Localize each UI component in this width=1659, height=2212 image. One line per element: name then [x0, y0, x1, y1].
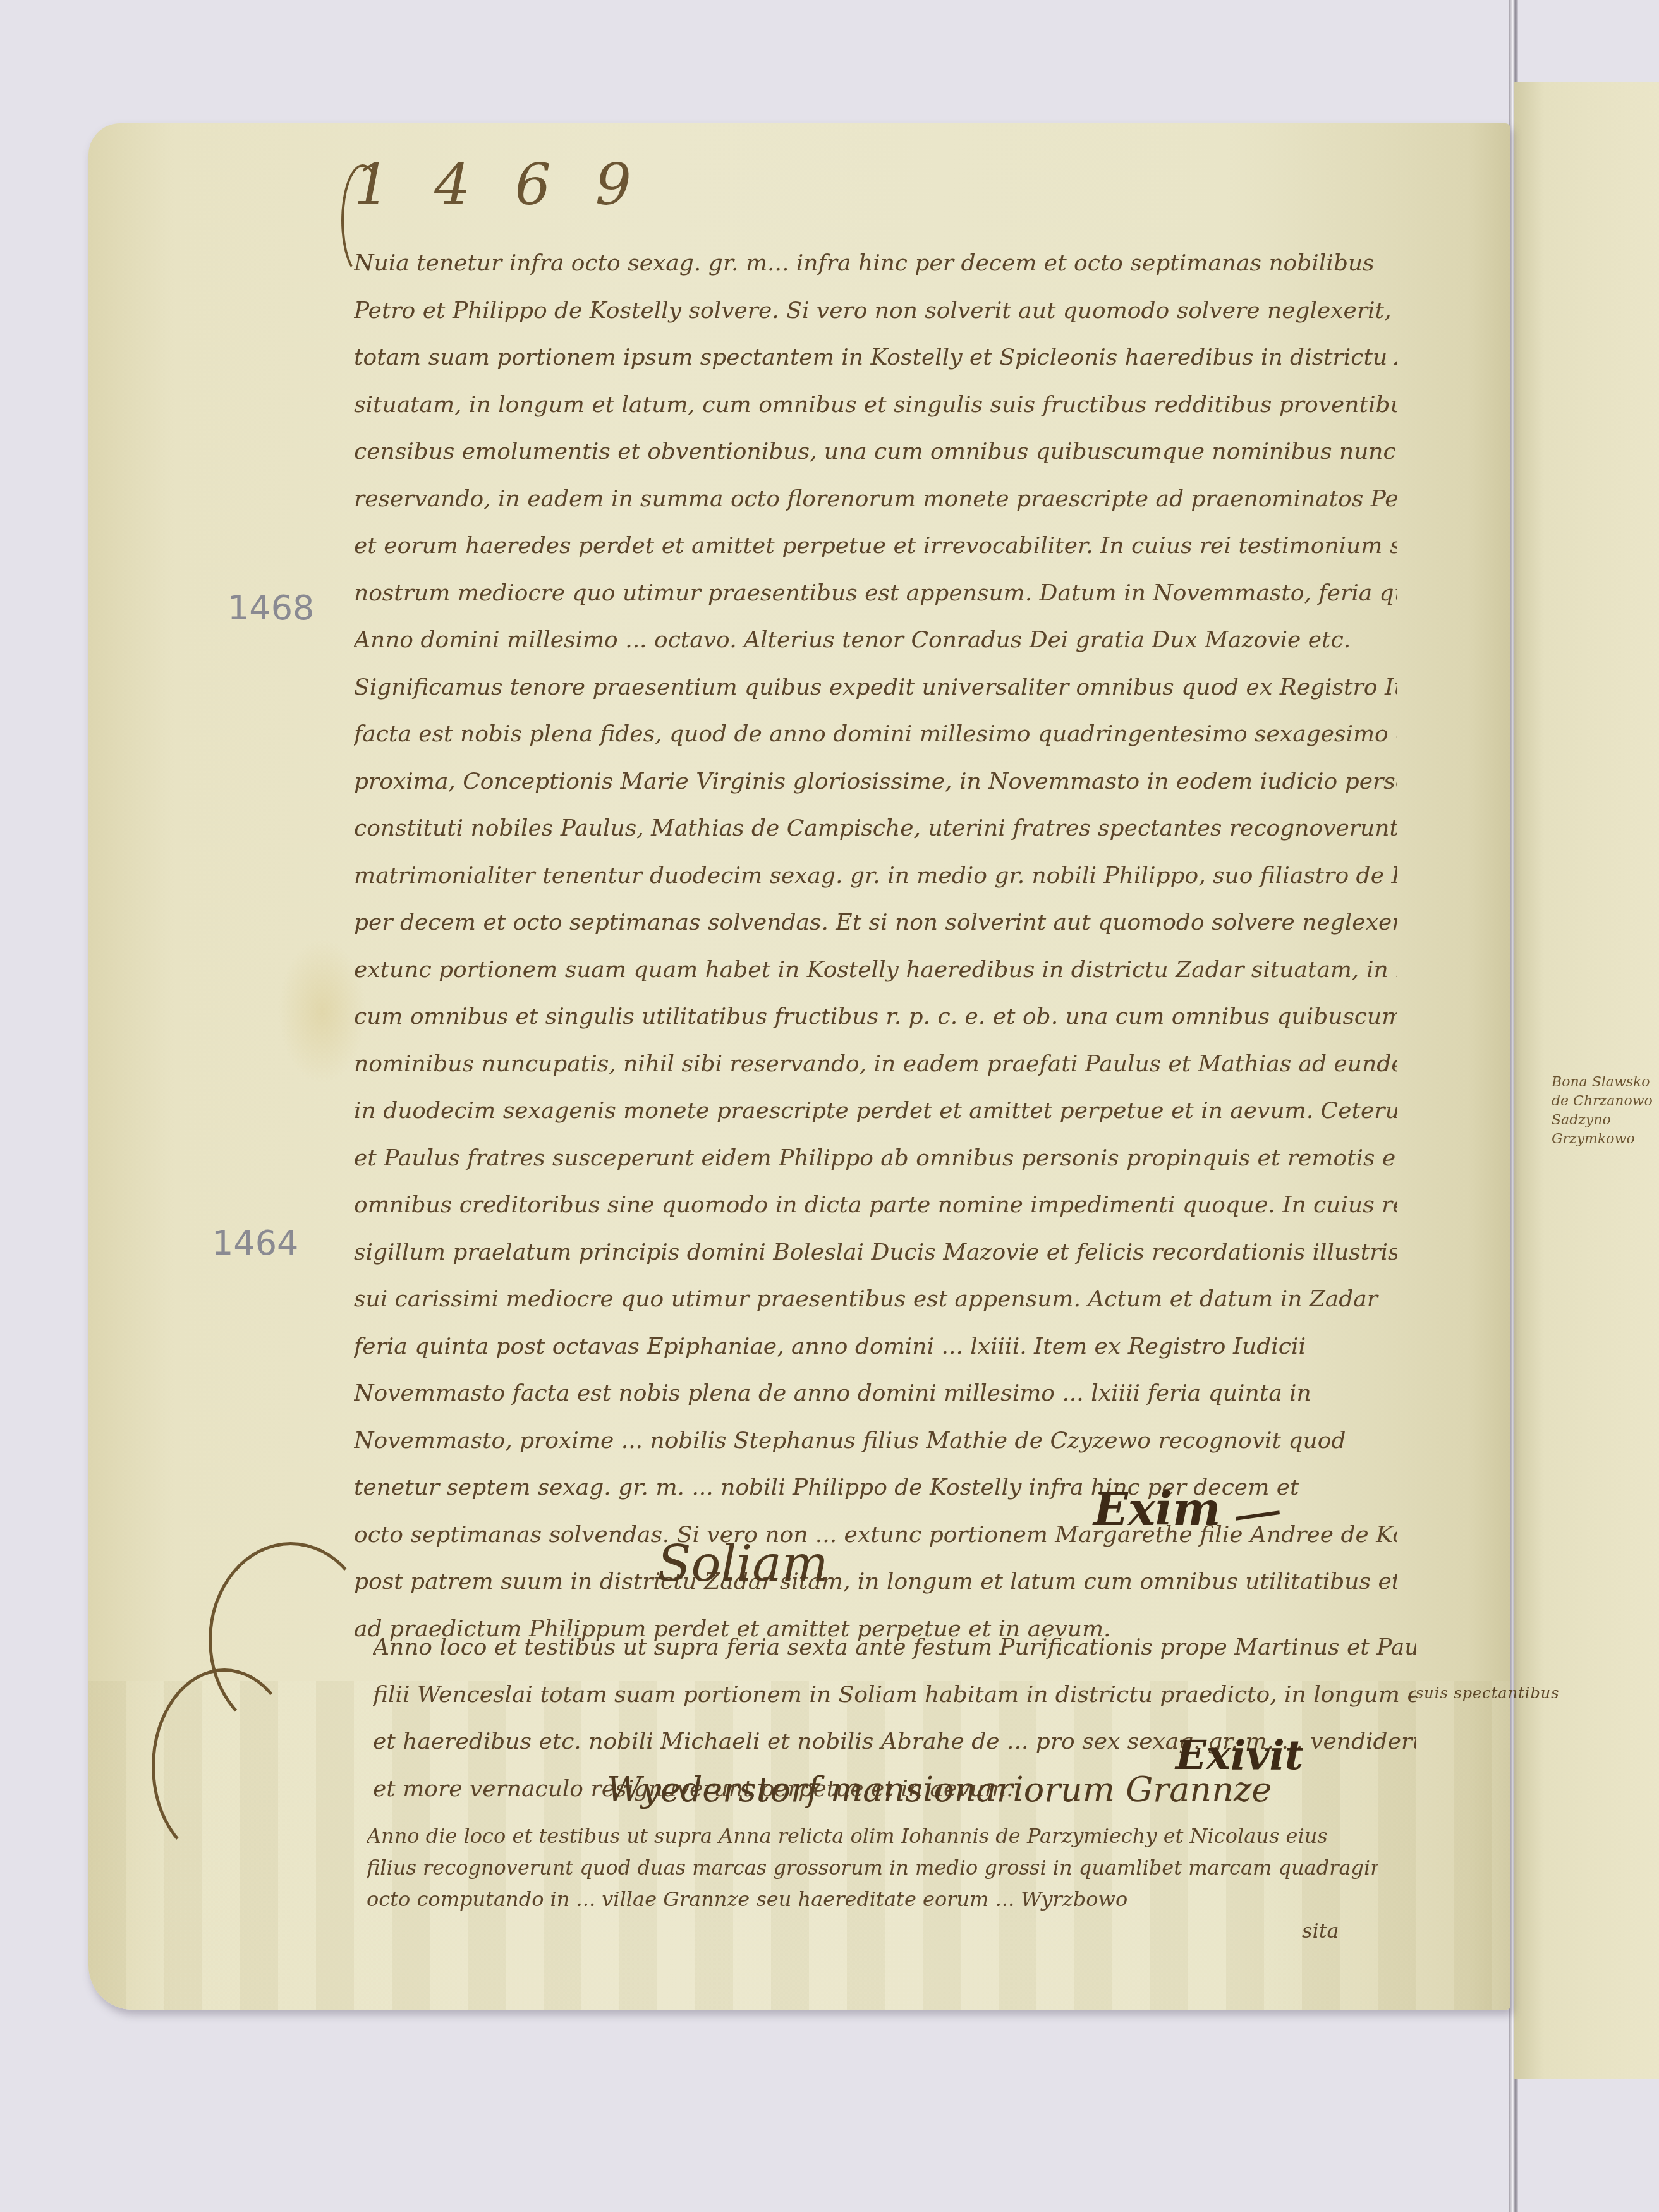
- exim-mark: Exim: [1093, 1482, 1220, 1536]
- text-line: filii Wenceslai totam suam portionem in …: [373, 1672, 1416, 1719]
- text-line: situatam, in longum et latum, cum omnibu…: [354, 382, 1397, 429]
- text-line: omnibus creditoribus sine quomodo in dic…: [354, 1182, 1397, 1229]
- pencil-year-note: 1468: [228, 588, 314, 628]
- text-line: et Paulus fratres susceperunt eidem Phil…: [354, 1135, 1397, 1182]
- text-line: Novemmasto, proxime ... nobilis Stephanu…: [354, 1418, 1397, 1465]
- text-line: in duodecim sexagenis monete praescripte…: [354, 1088, 1397, 1135]
- text-line: reservando, in eadem in summa octo flore…: [354, 476, 1397, 523]
- text-line: nominibus nuncupatis, nihil sibi reserva…: [354, 1041, 1397, 1088]
- facing-page-fragment: Sadzyno: [1552, 1112, 1611, 1128]
- text-line: cum omnibus et singulis utilitatibus fru…: [354, 994, 1397, 1041]
- text-line: sigillum praelatum principis domini Bole…: [354, 1229, 1397, 1277]
- text-line: Petro et Philippo de Kostelly solvere. S…: [354, 288, 1397, 335]
- text-line: nostrum mediocre quo utimur praesentibus…: [354, 570, 1397, 617]
- text-line: totam suam portionem ipsum spectantem in…: [354, 334, 1397, 382]
- text-line: sui carissimi mediocre quo utimur praese…: [354, 1276, 1397, 1323]
- text-line: Nuia tenetur infra octo sexag. gr. m... …: [354, 240, 1397, 288]
- text-line: matrimonialiter tenentur duodecim sexag.…: [354, 853, 1397, 900]
- folio-number: 1469: [354, 152, 676, 218]
- text-line: post patrem suum in districtu Zadar sita…: [354, 1559, 1397, 1606]
- water-stain: [278, 939, 367, 1084]
- text-line: sita: [367, 1915, 1378, 1947]
- text-line: feria quinta post octavas Epiphaniae, an…: [354, 1323, 1397, 1371]
- text-line: Anno die loco et testibus ut supra Anna …: [367, 1820, 1378, 1852]
- text-line: Novemmasto facta est nobis plena de anno…: [354, 1370, 1397, 1418]
- text-line: constituti nobiles Paulus, Mathias de Ca…: [354, 805, 1397, 853]
- right-margin-note: suis spectantibus: [1416, 1684, 1560, 1702]
- main-entry-text: Nuia tenetur infra octo sexag. gr. m... …: [354, 240, 1397, 1653]
- text-line: Significamus tenore praesentium quibus e…: [354, 664, 1397, 712]
- text-line: censibus emolumentis et obventionibus, u…: [354, 428, 1397, 476]
- entry-heading-wyederstorf: Wyederstorf mansionariorum Grannze: [607, 1770, 1272, 1809]
- facing-page-fragment: de Chrzanowo: [1552, 1093, 1653, 1109]
- facing-page-fragment: Grzymkowo: [1552, 1131, 1635, 1147]
- entry-heading-soliam: Soliam: [657, 1536, 829, 1593]
- text-line: octo computando in ... villae Grannze se…: [367, 1883, 1378, 1915]
- text-line: per decem et octo septimanas solvendas. …: [354, 899, 1397, 947]
- text-line: proxima, Conceptionis Marie Virginis glo…: [354, 758, 1397, 806]
- text-line: tenetur septem sexag. gr. m. ... nobili …: [354, 1464, 1397, 1512]
- text-line: facta est nobis plena fides, quod de ann…: [354, 711, 1397, 758]
- facing-page-fragment: Bona Slawsko: [1552, 1074, 1650, 1090]
- left-margin-flourish: [152, 1668, 297, 1864]
- text-line: et eorum haeredes perdet et amittet perp…: [354, 523, 1397, 570]
- text-line: Anno domini millesimo ... octavo. Alteri…: [354, 617, 1397, 664]
- text-line: filius recognoverunt quod duas marcas gr…: [367, 1852, 1378, 1883]
- text-line: Anno loco et testibus ut supra feria sex…: [373, 1624, 1416, 1672]
- pencil-year-note: 1464: [212, 1223, 298, 1263]
- wyederstorf-entry-text: Anno die loco et testibus ut supra Anna …: [367, 1820, 1378, 1947]
- text-line: extunc portionem suam quam habet in Kost…: [354, 947, 1397, 994]
